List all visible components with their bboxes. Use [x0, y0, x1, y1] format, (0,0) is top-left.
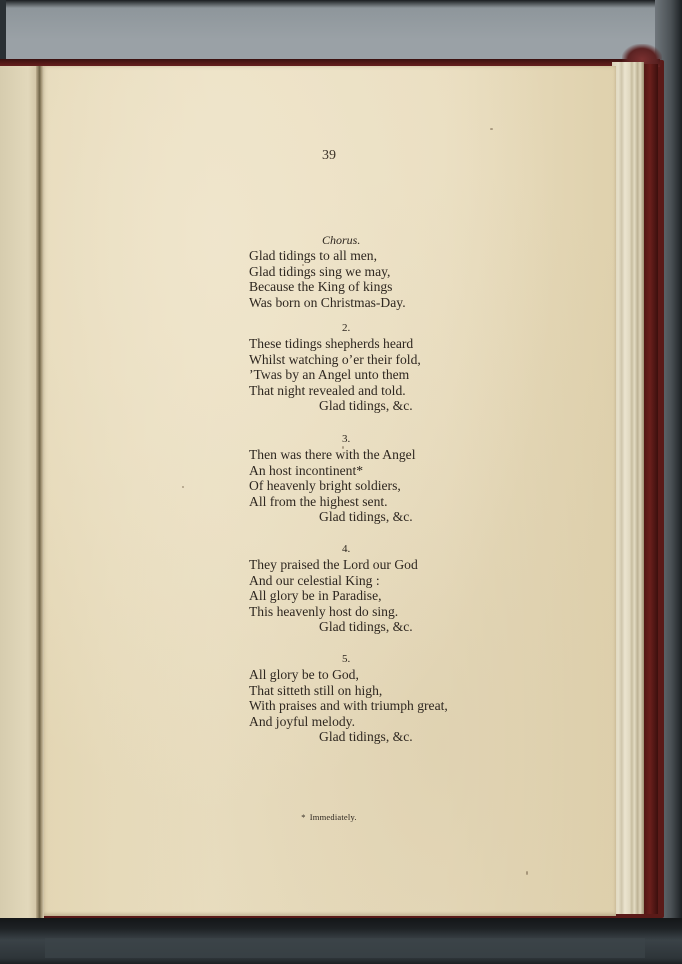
paper-speck — [490, 128, 493, 130]
verse-line: Glad tidings sing we may, — [249, 264, 549, 280]
verse-line: An host incontinent* — [249, 463, 549, 479]
paper-speck — [526, 871, 528, 875]
verse-line: Glad tidings to all men, — [249, 248, 549, 264]
refrain-line: Glad tidings, &c. — [249, 729, 549, 745]
verse-line: With praises and with triumph great, — [249, 698, 549, 714]
book-gutter — [36, 66, 44, 918]
verse-line: Of heavenly bright soldiers, — [249, 478, 549, 494]
stanza-number: 5. — [249, 651, 549, 667]
stanza-4: 4. They praised the Lord our God And our… — [249, 541, 549, 635]
chorus: Chorus. Glad tidings to all men, Glad ti… — [249, 226, 549, 310]
verse-line: All from the highest sent. — [249, 494, 549, 510]
verse-line: All glory be to God, — [249, 667, 549, 683]
stanza-3: 3. Then was there with the Angel An host… — [249, 431, 549, 525]
footnote-text: Immediately. — [310, 812, 357, 822]
refrain-line: Glad tidings, &c. — [249, 398, 549, 414]
stanza-number: 3. — [249, 431, 549, 447]
book-page: 39 Chorus. Glad tidings to all men, Glad… — [42, 66, 616, 916]
scanner-bottom-bar — [45, 938, 645, 958]
chorus-heading: Chorus. — [249, 233, 549, 248]
page-block-edges — [612, 62, 644, 914]
stanza-2: 2. These tidings shepherds heard Whilst … — [249, 320, 549, 414]
verse-line: Because the King of kings — [249, 279, 549, 295]
verse-line: This heavenly host do sing. — [249, 604, 549, 620]
facing-page-sliver — [0, 66, 40, 918]
verse-line: Was born on Christmas-Day. — [249, 295, 549, 311]
footnote: *Immediately. — [42, 812, 616, 822]
book-cover-right-edge — [642, 64, 658, 914]
footnote-asterisk: * — [301, 812, 309, 822]
verse-line: That night revealed and told. — [249, 383, 549, 399]
verse-line: And our celestial King : — [249, 573, 549, 589]
verse-line: Whilst watching o’er their fold, — [249, 352, 549, 368]
paper-speck — [182, 486, 184, 488]
stanza-number: 2. — [249, 320, 549, 336]
verse-line: All glory be in Paradise, — [249, 588, 549, 604]
verse-line: Then was there with the Angel — [249, 447, 549, 463]
verse-line: These tidings shepherds heard — [249, 336, 549, 352]
refrain-line: Glad tidings, &c. — [249, 619, 549, 635]
verse-line: They praised the Lord our God — [249, 557, 549, 573]
verse-line: That sitteth still on high, — [249, 683, 549, 699]
stanza-5: 5. All glory be to God, That sitteth sti… — [249, 651, 549, 745]
refrain-line: Glad tidings, &c. — [249, 509, 549, 525]
verse-line: ’Twas by an Angel unto them — [249, 367, 549, 383]
page-number: 39 — [42, 148, 616, 164]
stanza-number: 4. — [249, 541, 549, 557]
verse-line: And joyful melody. — [249, 714, 549, 730]
